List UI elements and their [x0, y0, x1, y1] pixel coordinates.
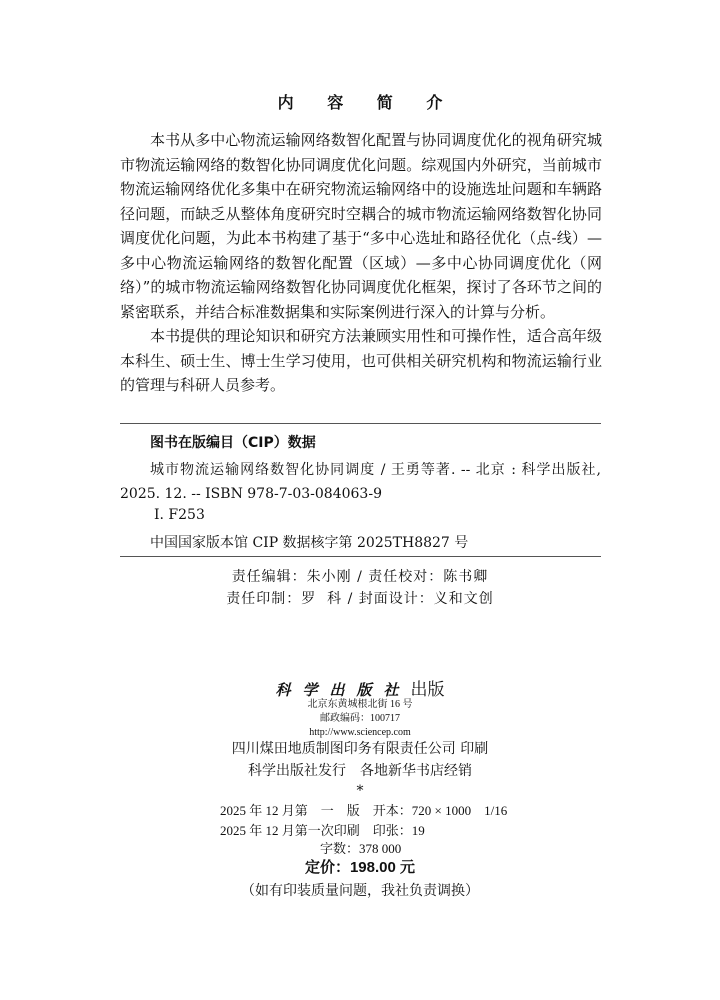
word-count: 字数：378 000: [320, 838, 401, 857]
printing-info: 2025 年 12 月第一次印刷 印张：19: [220, 820, 425, 839]
abstract-paragraph-2: 本书提供的理论知识和研究方法兼顾实用性和可操作性，适合高年级本科生、硕士生、博士…: [120, 324, 602, 398]
publisher-address: 北京东黄城根北街 16 号: [0, 698, 720, 712]
quality-note: （如有印装质量问题，我社负责调换）: [0, 880, 720, 900]
cip-entry: 城市物流运输网络数智化协同调度 / 王勇等著. -- 北京 : 科学出版社, 2…: [120, 458, 601, 506]
distribution: 科学出版社发行 各地新华书店经销: [0, 760, 720, 782]
publisher-postcode: 邮政编码：100717: [0, 712, 720, 726]
printer: 四川煤田地质制图印务有限责任公司 印刷: [0, 738, 720, 760]
cip-block: 图书在版编目（CIP）数据 城市物流运输网络数智化协同调度 / 王勇等著. --…: [120, 423, 601, 557]
publisher-suffix: 出版: [411, 680, 445, 700]
cip-heading: 图书在版编目（CIP）数据: [150, 432, 316, 452]
price: 定价：198.00 元: [0, 856, 720, 877]
cip-number: 中国国家版本馆 CIP 数据核字第 2025TH8827 号: [150, 532, 468, 552]
cip-classification: Ⅰ. F253: [154, 507, 205, 523]
abstract-paragraph-1: 本书从多中心物流运输网络数智化配置与协同调度优化的视角研究城市物流运输网络的数智…: [120, 128, 602, 324]
credits-line-2: 责任印制：罗 科 / 封面设计：义和文创: [0, 588, 720, 610]
credits-line-1: 责任编辑：朱小刚 / 责任校对：陈书卿: [0, 566, 720, 588]
credits: 责任编辑：朱小刚 / 责任校对：陈书卿 责任印制：罗 科 / 封面设计：义和文创: [0, 566, 720, 610]
separator-star: *: [0, 780, 720, 802]
edition-info: 2025 年 12 月第 一 版 开本：720 × 1000 1/16: [220, 800, 507, 819]
abstract-body: 本书从多中心物流运输网络数智化配置与协同调度优化的视角研究城市物流运输网络的数智…: [120, 128, 602, 398]
publisher-line: 科学出版社出版: [0, 675, 720, 700]
page-title: 内 容 简 介: [0, 90, 720, 113]
publisher-name: 科学出版社: [275, 681, 410, 699]
